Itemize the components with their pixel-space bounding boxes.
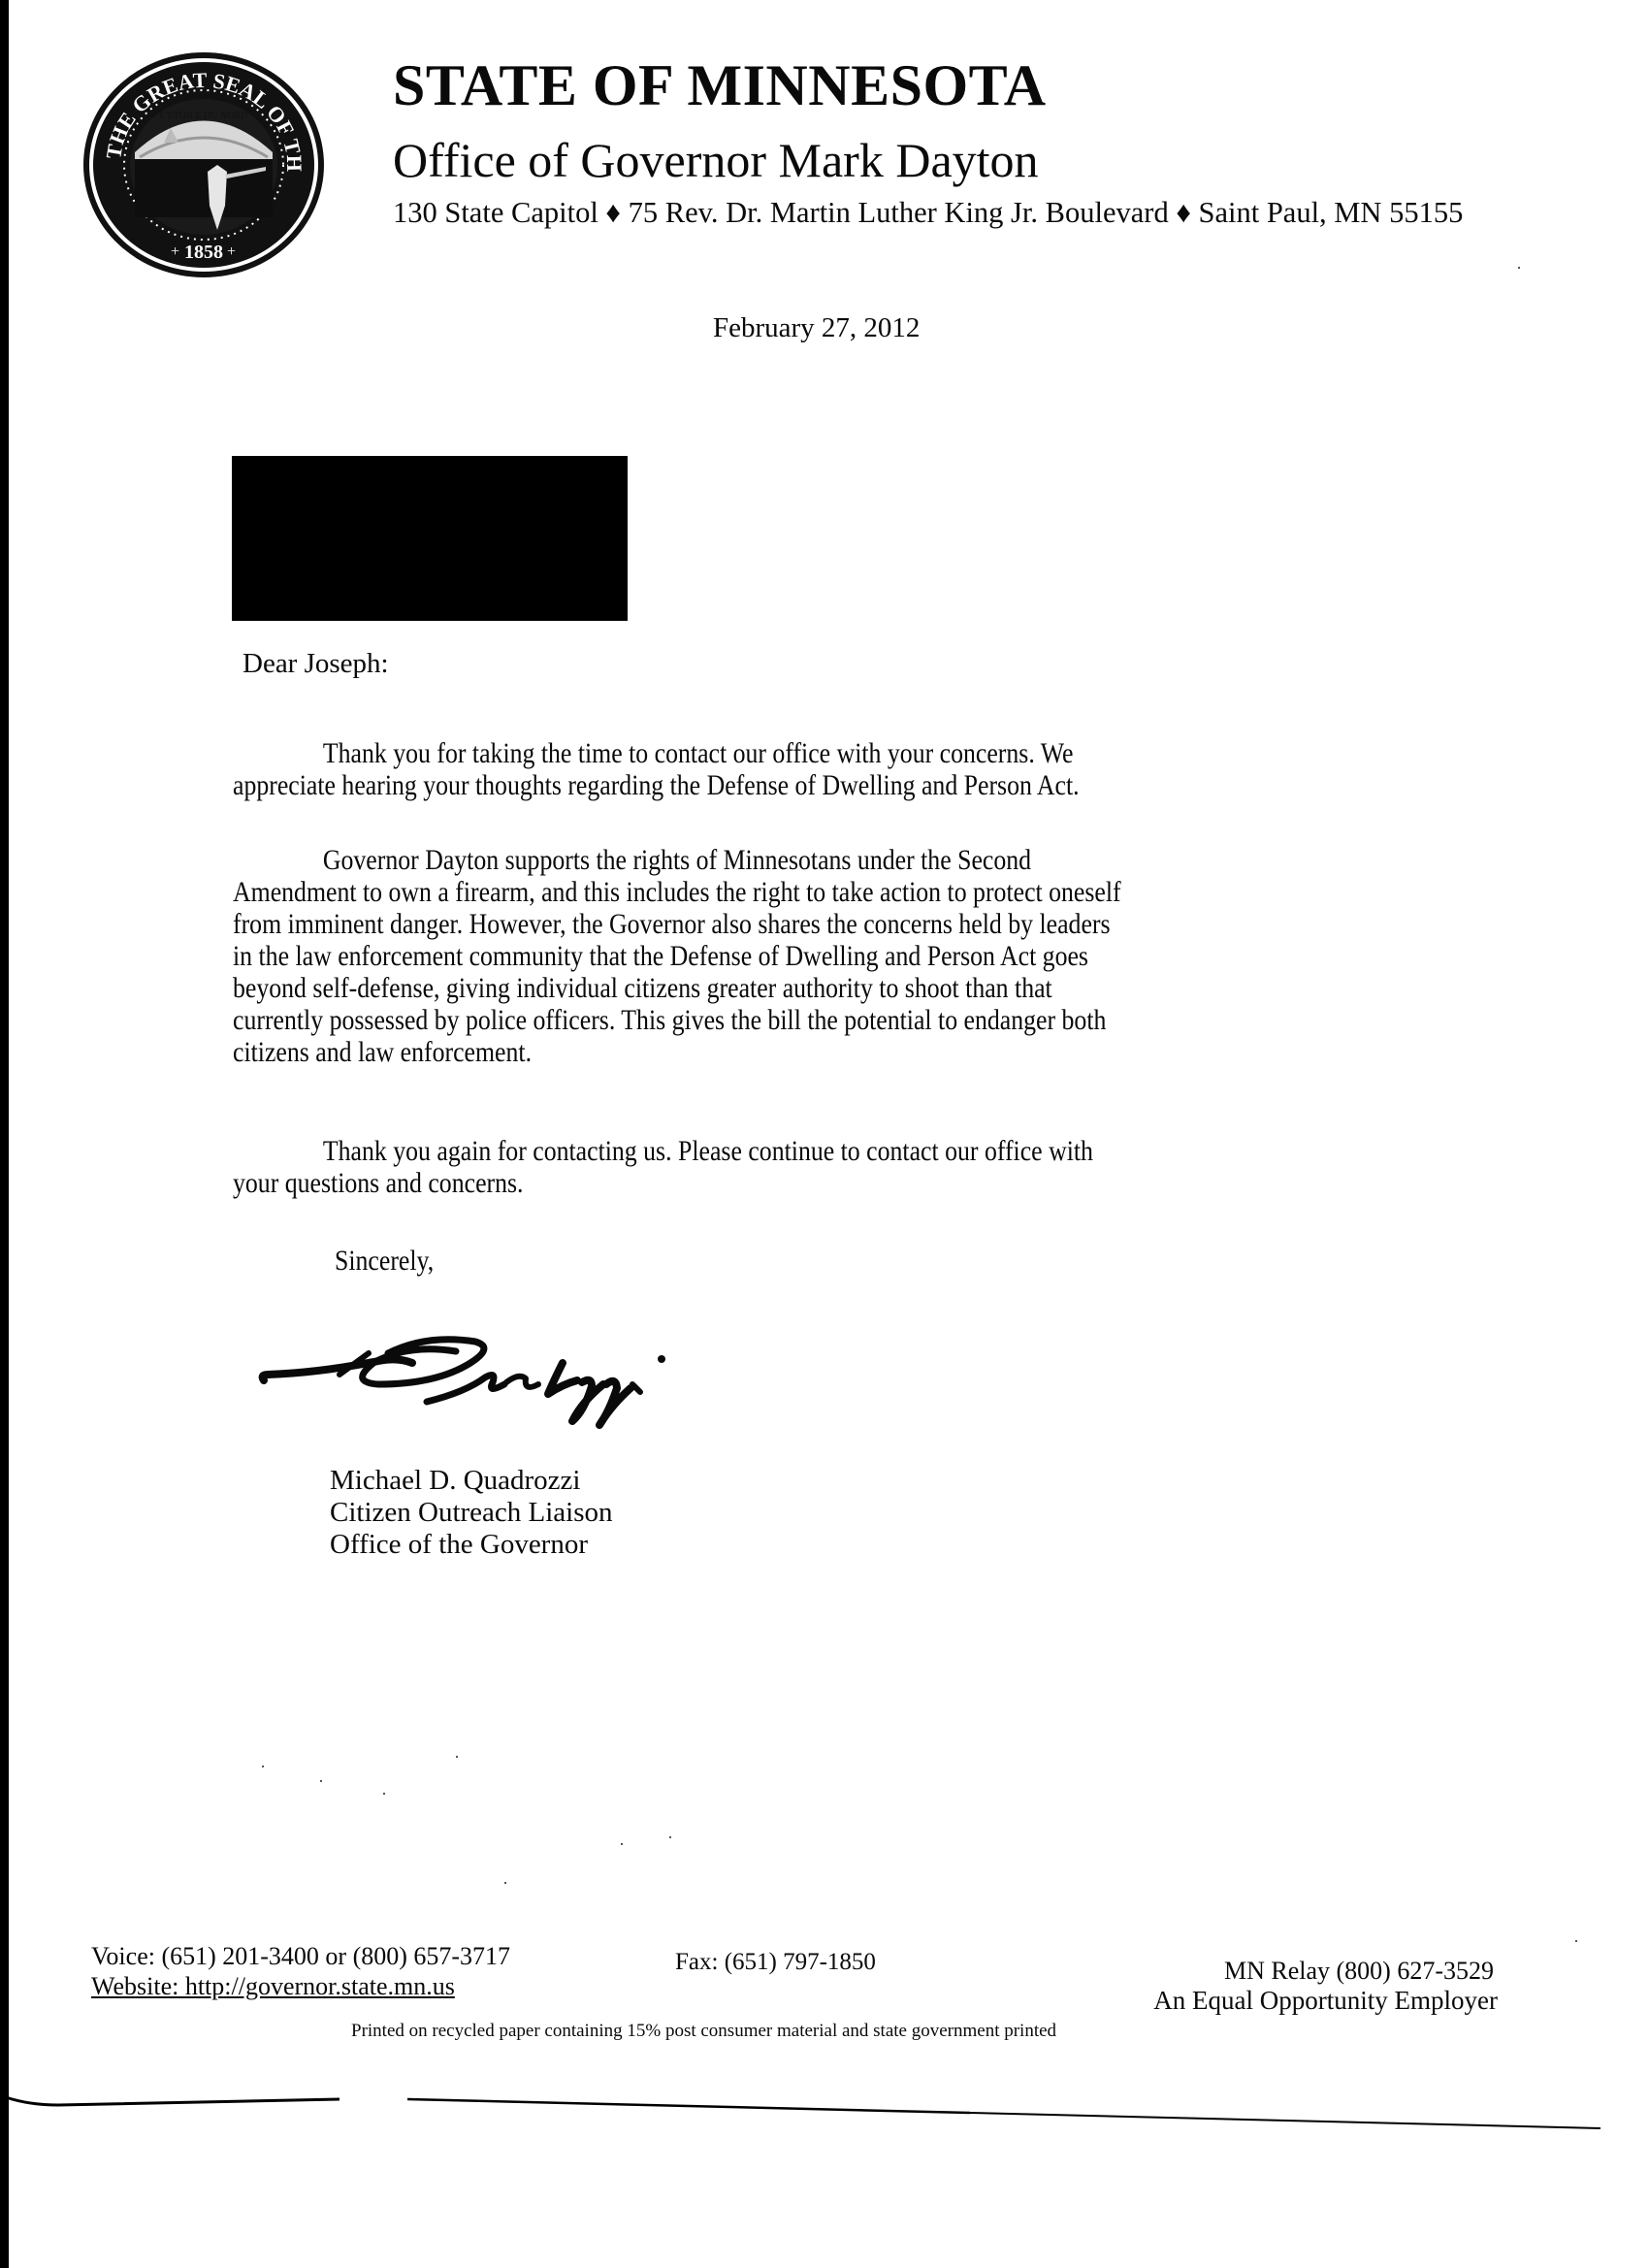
great-seal-of-minnesota-icon: THE GREAT SEAL OF THE STATE OF MINNESOTA…	[81, 50, 326, 279]
letterhead-title: STATE OF MINNESOTA	[393, 56, 1047, 114]
scan-speck	[669, 1836, 671, 1838]
letterhead-office: Office of Governor Mark Dayton	[393, 136, 1039, 184]
scan-speck	[1518, 267, 1520, 269]
footer-fax: Fax: (651) 797-1850	[675, 1949, 876, 1976]
body-line: your questions and concerns.	[233, 1167, 1234, 1199]
scan-bottom-edge	[0, 2086, 1649, 2144]
footer-equal-opportunity: An Equal Opportunity Employer	[1153, 1986, 1498, 2016]
svg-text:L'ETOILE DU NORD: L'ETOILE DU NORD	[160, 111, 248, 121]
scan-speck	[320, 1780, 322, 1782]
scan-speck	[504, 1882, 506, 1884]
svg-text:+: +	[171, 243, 179, 260]
body-line: from imminent danger. However, the Gover…	[233, 908, 1234, 940]
scan-speck	[383, 1793, 385, 1795]
body-line: Amendment to own a firearm, and this inc…	[233, 876, 1234, 908]
letterhead-address: 130 State Capitol ♦ 75 Rev. Dr. Martin L…	[393, 198, 1463, 228]
footer-recycled-note: Printed on recycled paper containing 15%…	[351, 2021, 1056, 2042]
body-line: beyond self-defense, giving individual c…	[233, 972, 1234, 1004]
body-line: citizens and law enforcement.	[233, 1036, 1234, 1068]
body-paragraph-2: Governor Dayton supports the rights of M…	[233, 844, 1397, 1068]
body-paragraph-3: Thank you again for contacting us. Pleas…	[233, 1135, 1397, 1199]
scan-speck	[456, 1756, 458, 1758]
body-line: Thank you again for contacting us. Pleas…	[233, 1135, 1234, 1167]
body-line: currently possessed by police officers. …	[233, 1004, 1234, 1036]
salutation: Dear Joseph:	[242, 648, 389, 680]
scan-edge-left	[0, 0, 9, 2268]
body-line: Thank you for taking the time to contact…	[233, 737, 1234, 769]
footer-website-link[interactable]: Website: http://governor.state.mn.us	[91, 1972, 455, 2001]
body-line: appreciate hearing your thoughts regardi…	[233, 769, 1234, 801]
signer-name: Michael D. Quadrozzi	[330, 1465, 613, 1497]
signer-block: Michael D. Quadrozzi Citizen Outreach Li…	[330, 1465, 613, 1561]
handwritten-signature-icon	[242, 1324, 708, 1441]
closing: Sincerely,	[335, 1245, 434, 1278]
svg-text:1858: 1858	[184, 242, 223, 263]
scan-speck	[1575, 1940, 1577, 1942]
redacted-recipient-address	[232, 456, 628, 621]
scan-speck	[621, 1843, 623, 1845]
body-line: Governor Dayton supports the rights of M…	[233, 844, 1234, 876]
scan-speck	[262, 1766, 264, 1767]
body-paragraph-1: Thank you for taking the time to contact…	[233, 737, 1397, 801]
body-line: in the law enforcement community that th…	[233, 940, 1234, 972]
svg-text:+: +	[227, 243, 236, 260]
footer-mn-relay: MN Relay (800) 627-3529	[1224, 1957, 1494, 1986]
letter-date: February 27, 2012	[713, 312, 920, 344]
letter-page: THE GREAT SEAL OF THE STATE OF MINNESOTA…	[0, 0, 1649, 2268]
signer-office: Office of the Governor	[330, 1529, 613, 1561]
footer-voice-phone: Voice: (651) 201-3400 or (800) 657-3717	[91, 1942, 510, 1971]
signer-title: Citizen Outreach Liaison	[330, 1497, 613, 1529]
